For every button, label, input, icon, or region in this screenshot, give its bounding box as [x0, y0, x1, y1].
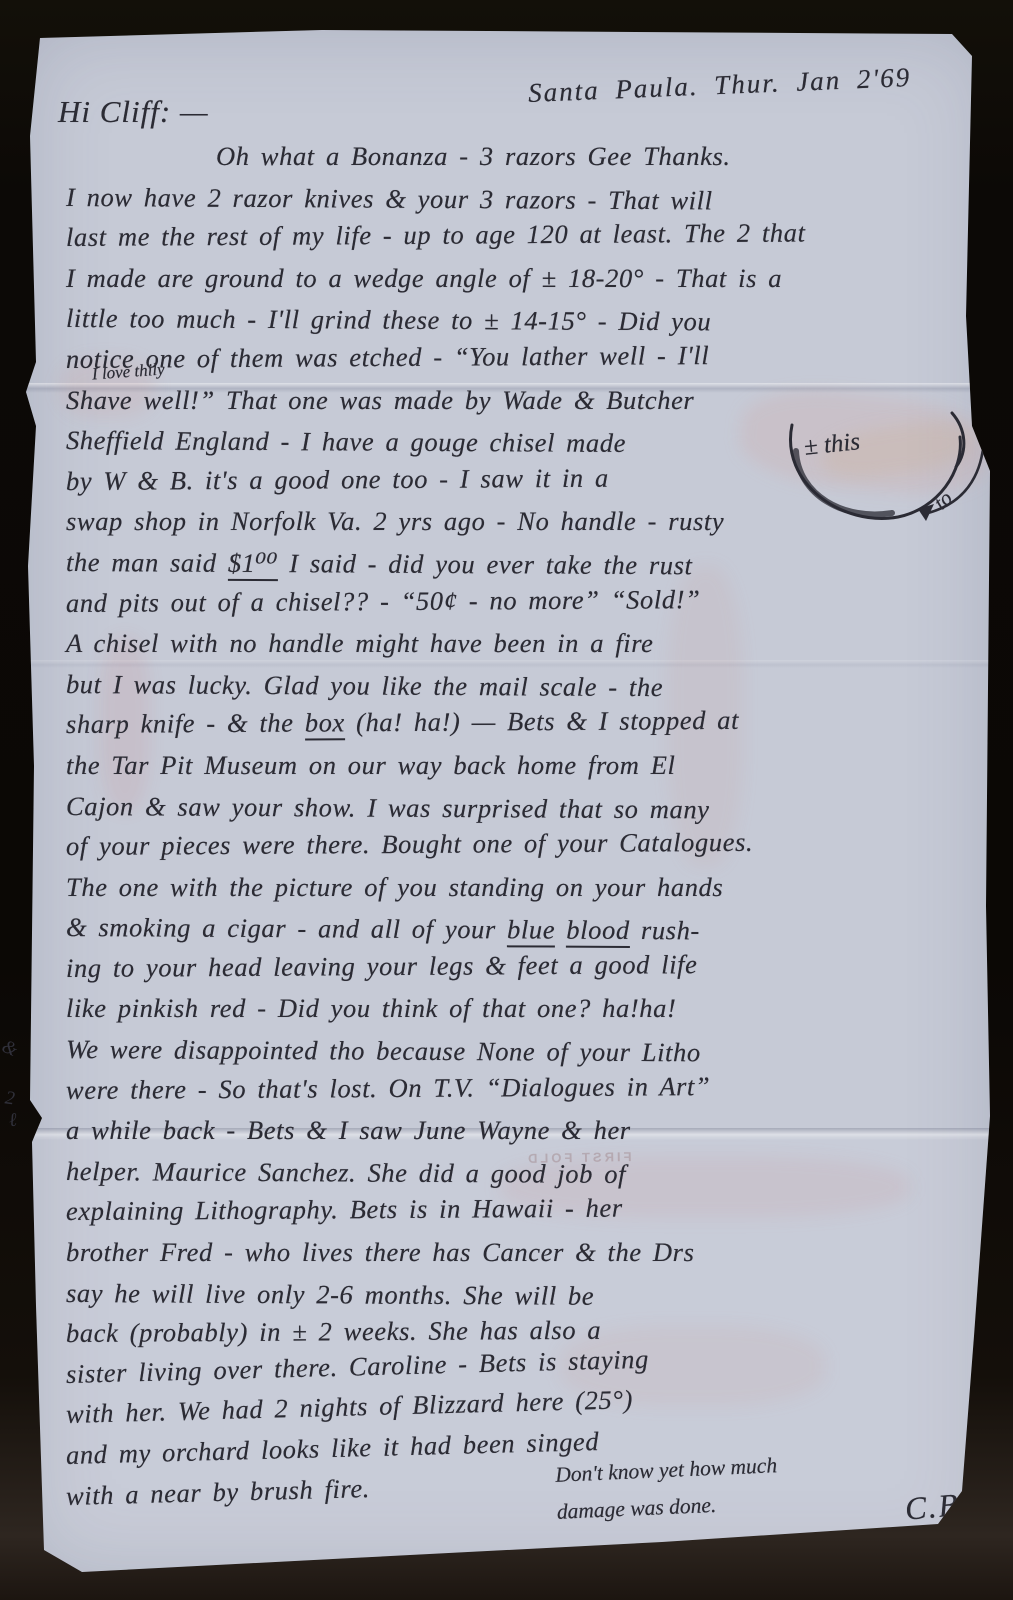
letter-text: I now have 2 razor knives & your 3 razor…	[66, 182, 713, 215]
gouge-profile-sketch: ± this	[770, 405, 1000, 563]
letter-text: box	[305, 708, 345, 741]
letter-text: blood	[566, 915, 630, 948]
edge-ink-mark: 2	[4, 1087, 16, 1110]
letter-text: Cajon & saw your show. I was surprised t…	[66, 791, 710, 824]
letter-line: like pinkish red - Did you think of that…	[66, 988, 996, 1029]
letter-text: but I was lucky. Glad you like the mail …	[66, 669, 663, 702]
letter-text: last me the rest of my life - up to age …	[66, 218, 806, 253]
letter-text: I said - did you ever take the rust	[278, 548, 693, 580]
signature: C.B.	[904, 1485, 972, 1528]
letter-text: We were disappointed tho because None of…	[66, 1034, 701, 1067]
letter-line: sharp knife - & the box (ha! ha!) — Bets…	[66, 699, 996, 745]
letter-text: little too much - I'll grind these to ± …	[66, 303, 711, 336]
letter-text: swap shop in Norfolk Va. 2 yrs ago - No …	[66, 506, 724, 536]
letter-text: blue	[507, 915, 555, 948]
sketch-label: ± this	[803, 428, 862, 462]
letter-text: brother Fred - who lives there has Cance…	[66, 1237, 695, 1267]
letter-text	[555, 915, 566, 945]
edge-ink-mark: &	[0, 1036, 21, 1062]
letter-text: $1⁰⁰	[228, 548, 278, 581]
letter-text: by W & B. it's a good one too - I saw it…	[66, 462, 609, 495]
letter-text: the man said	[66, 547, 228, 578]
letter-line: last me the rest of my life - up to age …	[66, 212, 996, 258]
letter-line: I made are ground to a wedge angle of ± …	[66, 258, 996, 299]
letter-line: were there - So that's lost. On T.V. “Di…	[66, 1064, 996, 1110]
letter-line: and pits out of a chisel?? - “50¢ - no m…	[66, 577, 996, 623]
letter-text: say he will live only 2-6 months. She wi…	[66, 1278, 594, 1311]
letter-text: & smoking a cigar - and all of your	[66, 912, 507, 944]
letter-text: were there - So that's lost. On T.V. “Di…	[66, 1071, 710, 1105]
letter-line: notice one of them was etched - “You lat…	[66, 333, 996, 379]
letter-text: Shave well!” That one was made by Wade &…	[66, 385, 694, 415]
postscript: Don't know yet how much damage was done.	[554, 1447, 779, 1531]
letter-line: ing to your head leaving your legs & fee…	[66, 942, 996, 988]
letter-text: rush-	[630, 915, 700, 945]
letter-text: ing to your head leaving your legs & fee…	[66, 949, 698, 983]
letter-salutation: Hi Cliff: —	[58, 94, 209, 130]
letter-line: explaining Lithography. Bets is in Hawai…	[66, 1186, 996, 1232]
letter-line: brother Fred - who lives there has Cance…	[66, 1232, 996, 1273]
letter-line: of your pieces were there. Bought one of…	[66, 820, 996, 866]
letter-text: a while back - Bets & I saw June Wayne &…	[66, 1115, 631, 1145]
letter-text: A chisel with no handle might have been …	[66, 628, 654, 658]
photo-background: & 2 ℓ Santa Paula. Thur. Jan 2'69 Hi Cli…	[0, 0, 1013, 1600]
letter-text: Oh what a Bonanza - 3 razors Gee Thanks.	[216, 141, 731, 171]
letter-text: the Tar Pit Museum on our way back home …	[66, 750, 675, 780]
first-fold-stamp: FIRST FOLD	[525, 1149, 632, 1166]
letter-text: with a near by brush fire.	[66, 1473, 371, 1511]
letter-line: a while back - Bets & I saw June Wayne &…	[66, 1110, 996, 1151]
letter-text: (ha! ha!) — Bets & I stopped at	[345, 705, 739, 737]
letter-text: of your pieces were there. Bought one of…	[66, 827, 753, 861]
letter-line: The one with the picture of you standing…	[66, 867, 996, 908]
letter-line: A chisel with no handle might have been …	[66, 623, 996, 664]
letter-text: I made are ground to a wedge angle of ± …	[66, 263, 782, 293]
letter-text: and pits out of a chisel?? - “50¢ - no m…	[66, 584, 701, 618]
edge-ink-mark: ℓ	[8, 1110, 18, 1133]
letter-paper: Santa Paula. Thur. Jan 2'69 Hi Cliff: — …	[22, 26, 994, 1578]
letter-line: Oh what a Bonanza - 3 razors Gee Thanks.	[66, 136, 996, 177]
letter-line: the Tar Pit Museum on our way back home …	[66, 745, 996, 786]
letter-text: Sheffield England - I have a gouge chise…	[66, 425, 626, 458]
letter-text: like pinkish red - Did you think of that…	[66, 993, 676, 1023]
letter-text: The one with the picture of you standing…	[66, 872, 723, 902]
letter-dateline: Santa Paula. Thur. Jan 2'69	[528, 62, 912, 109]
letter-text: sharp knife - & the	[66, 708, 305, 739]
letter-text: explaining Lithography. Bets is in Hawai…	[66, 1193, 623, 1226]
letter-body: Oh what a Bonanza - 3 razors Gee Thanks.…	[66, 136, 996, 1516]
gouge-curve-icon	[770, 405, 1000, 563]
